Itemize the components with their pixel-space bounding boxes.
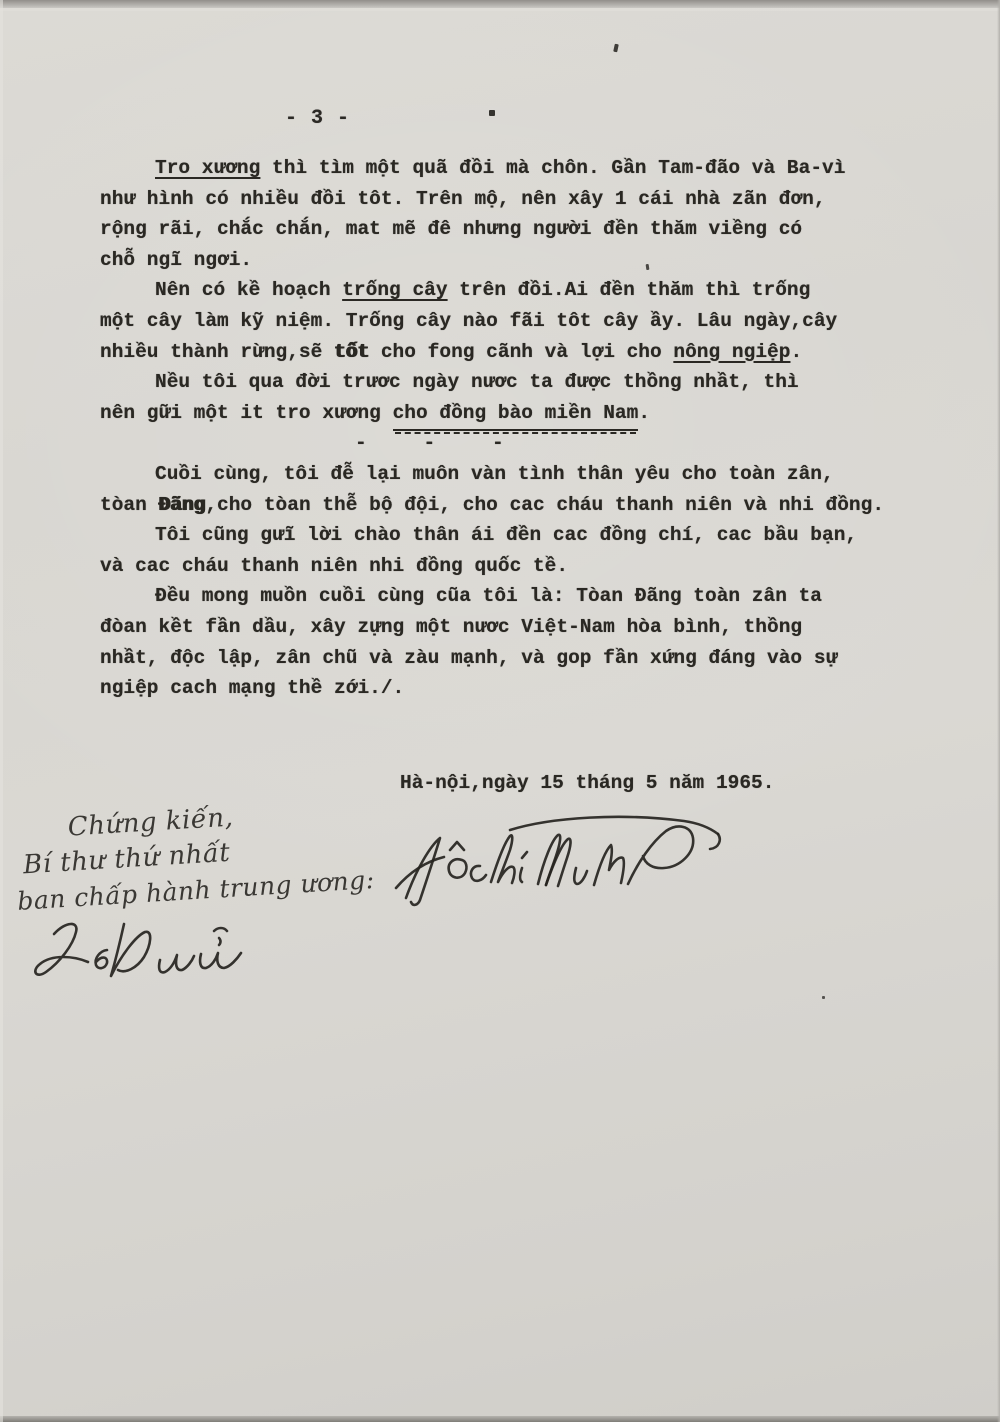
page-number: - 3 - <box>285 107 350 130</box>
text-segment: nhiều thành rừng,sẽ <box>100 341 334 363</box>
text-line: nên gữi một it tro xương cho đồng bào mi… <box>100 398 900 429</box>
text-segment: Cuồi cùng, tôi đễ lại muôn vàn tình thân… <box>155 463 834 485</box>
underlined-text: nông ngiệp <box>673 341 790 363</box>
text-line: đòan kềt fần dầu, xây zựng một nươc Việt… <box>100 612 900 643</box>
text-segment: và cac cháu thanh niên nhi đồng quốc tề. <box>100 555 568 577</box>
text-line: một cây làm kỹ niệm. Trống cây nào fãi t… <box>100 306 900 337</box>
text-segment: cho fong cãnh và lợi cho <box>369 341 673 363</box>
text-segment: Tôi cũng gưĩ lời chào thân ái đền cac đồ… <box>155 524 857 546</box>
page-top-edge <box>0 0 1000 8</box>
text-line: Cuồi cùng, tôi đễ lại muôn vàn tình thân… <box>100 459 900 490</box>
overstruck-text: Đãng <box>159 494 206 516</box>
text-line: Tôi cũng gưĩ lời chào thân ái đền cac đồ… <box>100 520 900 551</box>
ho-chi-minh-signature <box>392 800 722 918</box>
text-segment: Nên có kề hoạch <box>155 279 342 301</box>
text-line: nhầt, độc lập, zân chũ và zàu mạnh, và g… <box>100 643 900 674</box>
underlined-text: cho đồng bào miền Nam <box>393 398 639 432</box>
text-segment: . <box>790 341 802 363</box>
document-body: Tro xương thì tìm một quã đồi mà chôn. G… <box>100 153 900 704</box>
date-line: Hà-nội,ngày 15 tháng 5 năm 1965. <box>400 772 774 794</box>
text-line: Nên có kề hoạch trống cây trên đồi.Ai đề… <box>100 275 900 306</box>
text-segment: . <box>638 402 650 424</box>
text-line: rộng rãi, chắc chắn, mat mẽ đê nhưng ngư… <box>100 214 900 245</box>
text-line: Nều tôi qua đời trươc ngày nươc ta được … <box>100 367 900 398</box>
document-page: - 3 - Tro xương thì tìm một quã đồi mà c… <box>0 0 1000 1422</box>
text-segment: rộng rãi, chắc chắn, mat mẽ đê nhưng ngư… <box>100 218 802 240</box>
ink-speck <box>646 264 650 270</box>
underlined-text: Tro xương <box>155 157 260 179</box>
underlined-text: trống cây <box>342 279 447 301</box>
text-line: ngiệp cach mạng thề zới./. <box>100 673 900 704</box>
ink-speck <box>613 44 619 53</box>
text-segment: tòan <box>100 494 159 516</box>
text-segment: một cây làm kỹ niệm. Trống cây nào fãi t… <box>100 310 837 332</box>
page-left-edge <box>0 0 3 1422</box>
text-line: tòan Đãng,cho tòan thễ bộ đội, cho cac c… <box>100 490 900 521</box>
text-segment: chỗ ngĩ ngơi. <box>100 249 252 271</box>
text-segment: trên đồi.Ai đền thăm thì trống <box>448 279 811 301</box>
page-bottom-edge <box>0 1416 1000 1422</box>
overstruck-text: tốt <box>334 341 369 363</box>
page-top-edge-highlight <box>0 8 1000 11</box>
ink-speck <box>822 996 825 999</box>
text-segment: ngiệp cach mạng thề zới./. <box>100 677 404 699</box>
text-segment: đòan kềt fần dầu, xây zựng một nươc Việt… <box>100 616 802 638</box>
text-line: nhiều thành rừng,sẽ tốt cho fong cãnh và… <box>100 337 900 368</box>
text-line: Tro xương thì tìm một quã đồi mà chôn. G… <box>100 153 900 184</box>
text-segment: nên gữi một it tro xương <box>100 402 393 424</box>
le-duan-signature <box>18 912 268 1012</box>
text-line: chỗ ngĩ ngơi. <box>100 245 900 276</box>
text-line: như hình có nhiều đồi tôt. Trên mộ, nên … <box>100 184 900 215</box>
ink-speck <box>489 110 495 116</box>
witness-note: Chứng kiến,Bí thư thứ nhấtban chấp hành … <box>12 792 378 919</box>
text-line: Đều mong muồn cuồi cùng cũa tôi là: Tòan… <box>100 581 900 612</box>
text-segment: Nều tôi qua đời trươc ngày nươc ta được … <box>155 371 799 393</box>
text-segment: nhầt, độc lập, zân chũ và zàu mạnh, và g… <box>100 647 837 669</box>
text-segment: như hình có nhiều đồi tôt. Trên mộ, nên … <box>100 188 826 210</box>
text-segment: ,cho tòan thễ bộ đội, cho cac cháu thanh… <box>205 494 884 516</box>
text-segment: Đều mong muồn cuồi cùng cũa tôi là: Tòan… <box>155 585 822 607</box>
text-segment: thì tìm một quã đồi mà chôn. Gần Tam-đão… <box>260 157 845 179</box>
text-line: và cac cháu thanh niên nhi đồng quốc tề. <box>100 551 900 582</box>
